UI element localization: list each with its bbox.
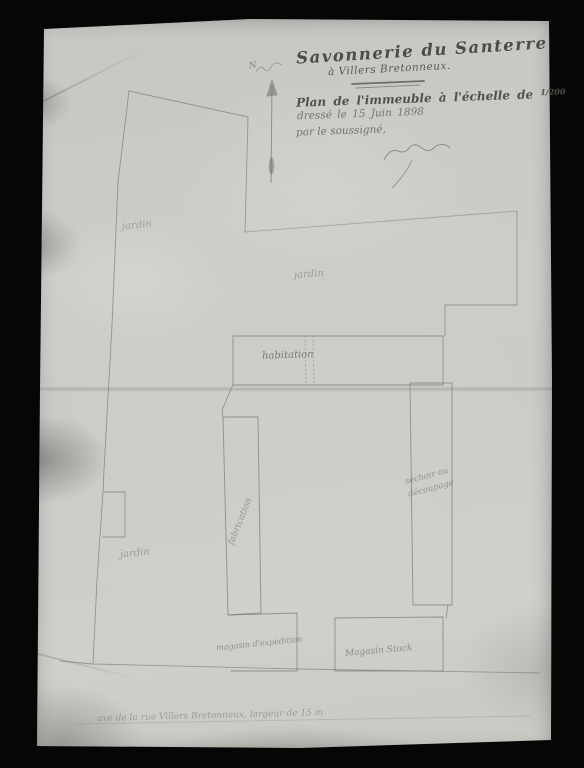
signature	[384, 144, 450, 188]
boundary-left-line	[93, 91, 129, 663]
garden-fence-line	[245, 211, 517, 232]
photo-stage: Savonnerie du Santerre à Villers Bretonn…	[0, 0, 584, 768]
top-block-lines	[129, 91, 248, 232]
habitation-partition-dotted	[305, 336, 314, 385]
plan-overlay: Savonnerie du Santerre à Villers Bretonn…	[0, 0, 584, 768]
label-habitation: habitation	[262, 349, 314, 362]
title-rule-thick	[352, 81, 424, 84]
label-jardin-center: jardin	[294, 268, 325, 281]
title-rule-thin	[356, 85, 420, 88]
north-arrow	[256, 63, 282, 183]
north-label: N	[248, 61, 257, 72]
scale-fraction: 1/200	[540, 86, 566, 97]
plan-drawing	[0, 0, 584, 768]
north-scribble	[256, 63, 282, 72]
courtyard-chamfer	[222, 385, 233, 417]
left-annex-outline	[103, 492, 125, 537]
boundary-right-top	[445, 211, 517, 336]
sechoir-to-stock-link	[446, 605, 448, 618]
street-line	[60, 661, 540, 673]
